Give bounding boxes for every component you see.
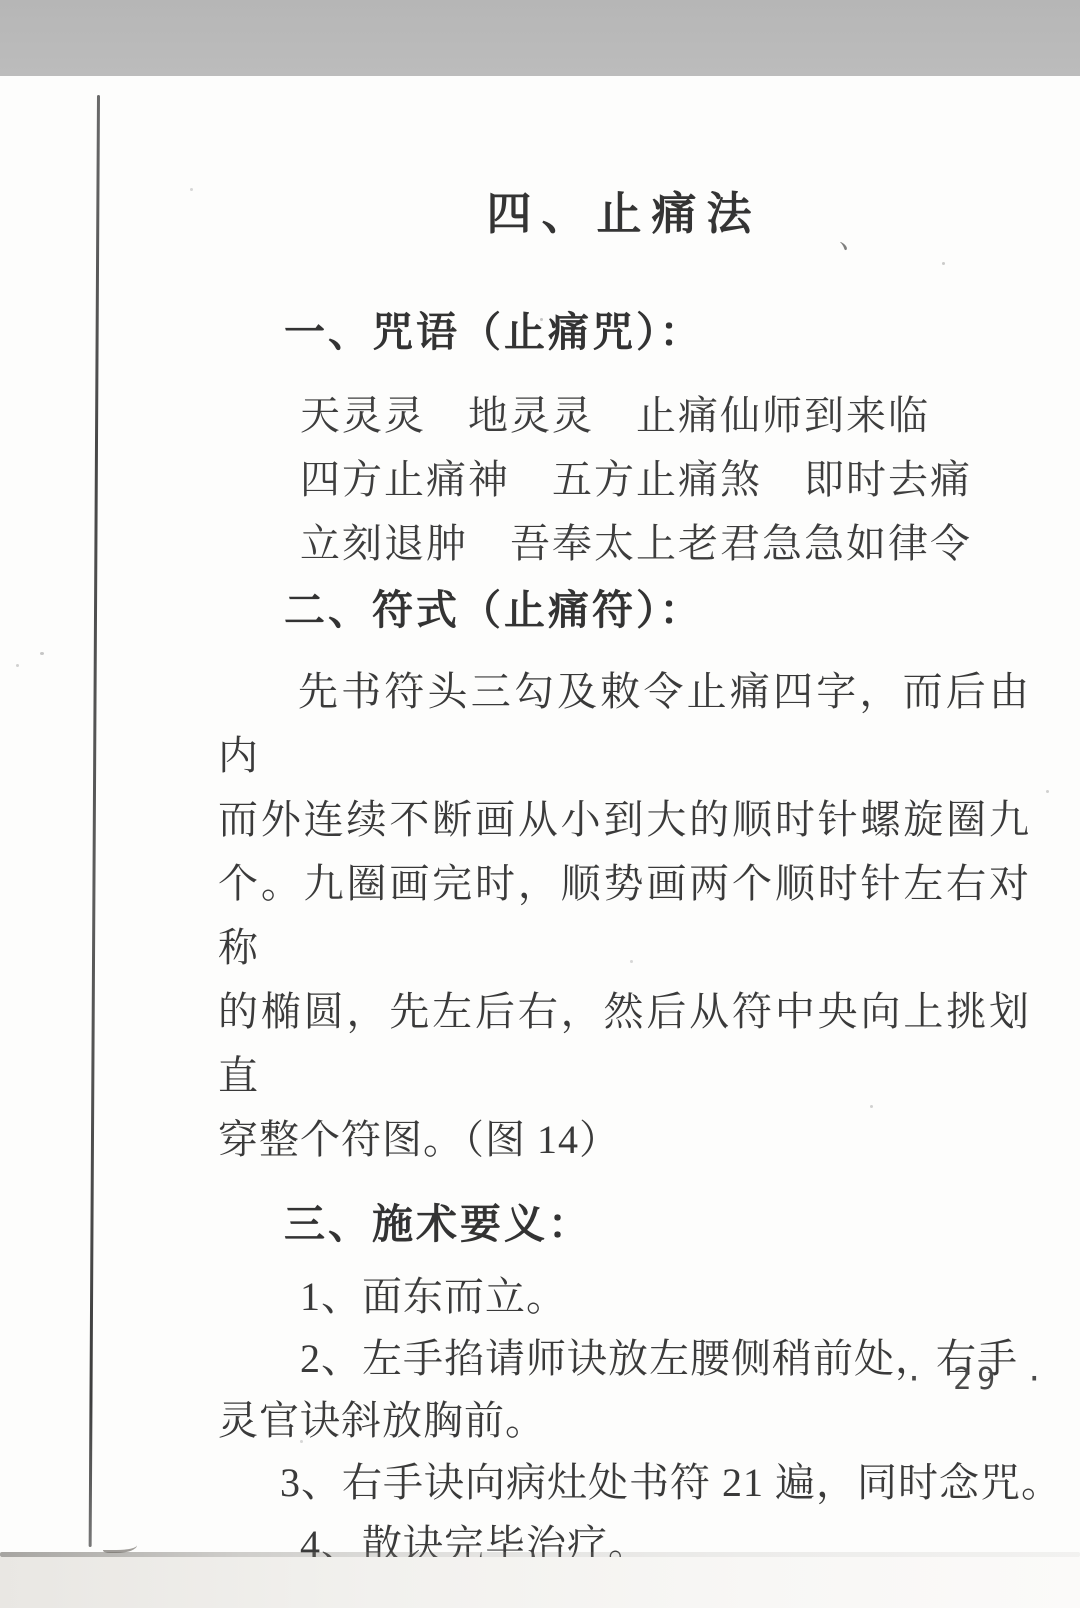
step-line: 1、面东而立。 xyxy=(218,1266,1030,1328)
paragraph-line: 而外连续不断画从小到大的顺时针螺旋圈九 xyxy=(218,788,1030,852)
scanner-top-band xyxy=(0,0,1080,76)
verse-line: 天灵灵 地灵灵 止痛仙师到来临 xyxy=(218,384,1030,448)
scan-speckle xyxy=(16,664,19,667)
talisman-instructions-paragraph: 先书符头三勾及敕令止痛四字，而后由内 而外连续不断画从小到大的顺时针螺旋圈九 个… xyxy=(218,660,1030,1172)
scanned-book-page: 四、止痛法 、 一、咒语（止痛咒）： 天灵灵 地灵灵 止痛仙师到来临 四方止痛神… xyxy=(0,0,1080,1608)
incantation-verse-block: 天灵灵 地灵灵 止痛仙师到来临 四方止痛神 五方止痛煞 即时去痛 立刻退肿 吾奉… xyxy=(218,384,1030,576)
section-heading-incantation: 一、咒语（止痛咒）： xyxy=(218,308,1030,356)
paragraph-line: 先书符头三勾及敕令止痛四字，而后由内 xyxy=(218,660,1030,788)
page-spine-crease xyxy=(89,95,100,1547)
scan-speckle xyxy=(1046,790,1049,793)
step-continuation-line: 灵官诀斜放胸前。 xyxy=(218,1390,1030,1452)
scan-speckle xyxy=(700,1470,703,1473)
scan-speckle xyxy=(942,262,945,265)
paragraph-line: 的椭圆，先左后右，然后从符中央向上挑划直 xyxy=(218,980,1030,1108)
scan-speckle xyxy=(540,318,543,321)
page-title: 四、止痛法 xyxy=(218,188,1030,240)
stray-ink-mark: 、 xyxy=(837,212,873,260)
scan-speckle xyxy=(40,652,44,655)
scan-speckle xyxy=(870,1105,873,1108)
scan-speckle xyxy=(190,188,193,191)
paragraph-line: 穿整个符图。（图 14） xyxy=(218,1108,1030,1172)
section-heading-essentials: 三、施术要义： xyxy=(218,1200,1030,1248)
page-bottom-edge-strip xyxy=(0,1557,1080,1608)
page-number: · 29 · xyxy=(905,1362,1049,1397)
paragraph-line: 个。九圈画完时，顺势画两个顺时针左右对称 xyxy=(218,852,1030,980)
section-heading-talisman: 二、符式（止痛符）： xyxy=(218,586,1030,634)
scan-speckle xyxy=(630,960,633,963)
step-line: 3、右手诀向病灶处书符 21 遍，同时念咒。 xyxy=(218,1452,1030,1514)
page-text-column: 四、止痛法 、 一、咒语（止痛咒）： 天灵灵 地灵灵 止痛仙师到来临 四方止痛神… xyxy=(218,76,1030,1576)
verse-line: 四方止痛神 五方止痛煞 即时去痛 xyxy=(218,448,1030,512)
verse-line: 立刻退肿 吾奉太上老君急急如律令 xyxy=(218,512,1030,576)
scan-speckle xyxy=(920,1485,924,1489)
scan-speckle xyxy=(300,1440,303,1443)
procedure-steps-list: 1、面东而立。 2、左手掐请师诀放左腰侧稍前处，右手 灵官诀斜放胸前。 3、右手… xyxy=(218,1266,1030,1576)
